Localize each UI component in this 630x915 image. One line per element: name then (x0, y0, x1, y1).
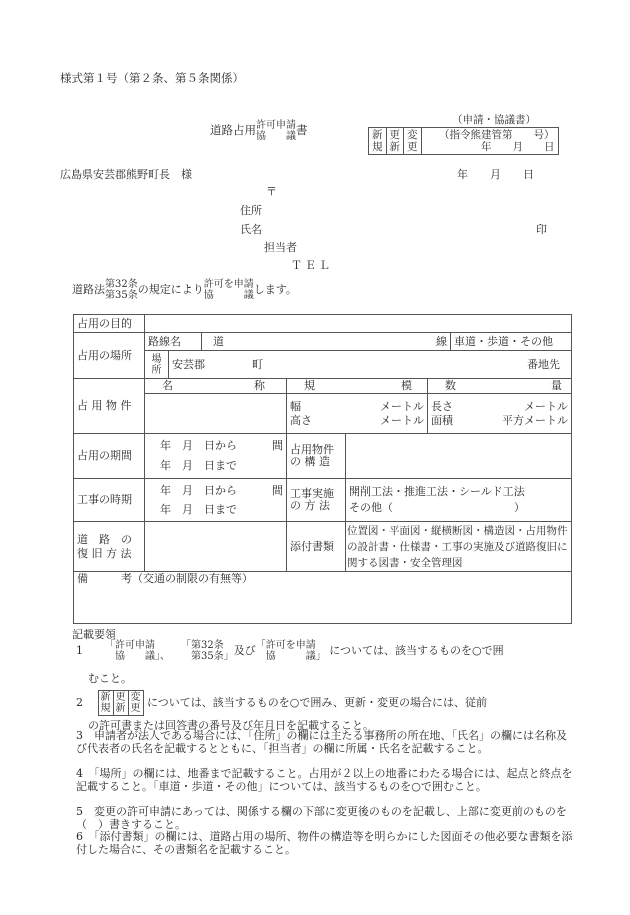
note-2: 2 新規更新変更 については、該当するものを○で囲み、更新・変更の場合には、従前 (76, 690, 487, 716)
note-1-cont: むこと。 (88, 670, 132, 686)
attachment-label: 添付書類 (287, 522, 346, 572)
note-6: 6 「添付書類」の欄には、道路占用の場所、物件の構造等を明らかにした図面その他必… (76, 831, 576, 856)
period-field[interactable]: 年 月 日から年 月 日まで間 (145, 434, 287, 479)
remarks-field[interactable]: 備 考（交通の制限の有無等） (74, 572, 572, 624)
restoration-field[interactable] (145, 522, 287, 572)
object-qty-field[interactable]: 長さメートル 面積平方メートル (428, 394, 572, 434)
addressee: 広島県安芸郡熊野町長 様 (60, 166, 192, 182)
purpose-label: 占用の目的 (74, 315, 145, 333)
method-label: 工事実施の 方 法 (287, 479, 346, 522)
remarks-label: 備 考（交通の制限の有無等） (77, 572, 253, 585)
renew-cell[interactable]: 更新 (386, 128, 404, 155)
attachment-field[interactable]: 位置図・平面図・縦横断図・構造図・占用物件の設計書・仕様書・工事の実施及び道路復… (346, 522, 572, 572)
col-name-header: 名称 (145, 379, 287, 394)
tel-label: ＴＥＬ (291, 257, 333, 273)
note-5: 5 変更の許可申請にあっては、関係する欄の下部に変更後のものを記載し、上部に変更… (76, 806, 576, 831)
site-label: 場所 (145, 351, 169, 379)
structure-field[interactable] (346, 434, 572, 479)
structure-label: 占用物件の 構 造 (287, 434, 346, 479)
note-3: 3 申請者が法人である場合には、「住所」の欄には主たる事務所の所在地、「氏名」の… (76, 730, 576, 755)
address-label: 住所 (240, 202, 262, 218)
header-caption: （申請・協議書） (452, 112, 536, 127)
restoration-label: 道 路 の復 旧 方 法 (74, 522, 145, 572)
object-scale-field[interactable]: 幅メートル 高さメートル (287, 394, 428, 434)
work-period-label: 工事の時期 (74, 479, 145, 522)
place-label: 占用の場所 (74, 333, 145, 379)
object-name-field[interactable] (145, 394, 287, 434)
new-cell[interactable]: 新規 (369, 128, 387, 155)
period-label: 占用の期間 (74, 434, 145, 479)
method-selector[interactable]: 開削工法・推進工法・シールド工法その他（ ） (346, 479, 572, 522)
route-name-field[interactable]: 道線 (202, 333, 451, 351)
object-label: 占 用 物 件 (74, 379, 145, 434)
contact-person-label: 担当者 (264, 239, 297, 255)
site-field[interactable]: 安芸郡町番地先 (169, 351, 572, 379)
statement: 道路法第32条第35条の規定により許可を申請協 議します。 (72, 279, 297, 301)
name-label: 氏名 (240, 221, 262, 237)
route-name-label: 路線名 (145, 333, 202, 351)
form-id: 様式第１号（第２条、第５条関係） (60, 70, 244, 86)
header-box: 新規 更新 変更 （指令熊建管第 号）年 月 日 (368, 127, 559, 155)
note-1: 1 「許可申請協 議」、 「第32条第35条」及び「許可を申請協 議」 について… (76, 640, 504, 662)
col-qty-header: 数量 (428, 379, 572, 394)
note-4: 4 「場所」の欄には、地番まで記載すること。占用が２以上の地番にわたる場合には、… (76, 768, 576, 793)
seal-label: 印 (536, 221, 547, 237)
change-cell[interactable]: 変更 (404, 128, 422, 155)
col-scale-header: 規模 (287, 379, 428, 394)
road-type-selector[interactable]: 車道・歩道・その他 (451, 333, 572, 351)
application-table: 占用の目的 占用の場所 路線名 道線 車道・歩道・その他 場所 安芸郡町番地先 … (73, 314, 572, 624)
reference-number-field[interactable]: （指令熊建管第 号）年 月 日 (421, 128, 558, 155)
document-title: 道路占用許可申請協 議書 (210, 120, 308, 142)
title-suffix: 書 (296, 123, 308, 137)
title-prefix: 道路占用 (210, 123, 256, 137)
purpose-field[interactable] (145, 315, 572, 333)
title-option-permit: 許可申請 (256, 120, 296, 131)
submission-date[interactable]: 年 月 日 (457, 166, 534, 182)
title-option-consult: 協 議 (256, 131, 296, 142)
work-period-field[interactable]: 年 月 日から年 月 日まで間 (145, 479, 287, 522)
postal-code-label: 〒 (266, 183, 277, 199)
